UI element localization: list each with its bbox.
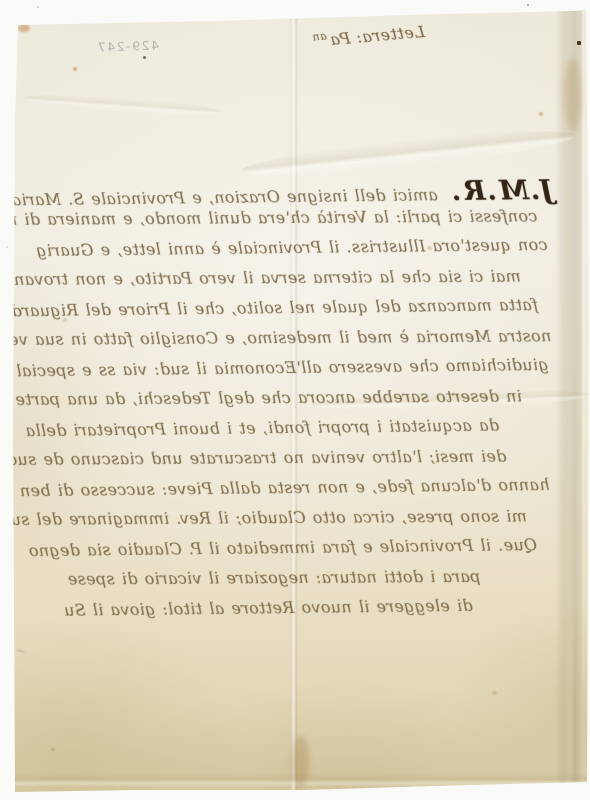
handwriting-block: J.M.R.amici dell insigne Orazion, e Prov… <box>19 176 557 659</box>
handwriting-line-text: in deserto sarebbe ancora che degl Tedes… <box>0 386 522 409</box>
handwriting-line: mi sono prese, circa otto Claudio; il Re… <box>22 506 556 540</box>
handwriting-line: di eleggere il nuovo Rettore al titol: g… <box>23 595 557 631</box>
dust-speck <box>6 246 8 248</box>
right-fold-band <box>555 10 582 792</box>
handwriting-line-text: dei mesi; l'altro veniva no trascurate u… <box>2 447 507 469</box>
ink-speck-stain <box>577 41 581 45</box>
foxing-spot <box>51 748 55 751</box>
handwriting-line-text: confessi ci parli: la Verità ch'era duni… <box>0 206 537 229</box>
dust-speck <box>37 6 39 8</box>
bottom-fold-stain <box>292 736 309 788</box>
handwriting-line-text: nostra Memoria è med il medesimo, e Cons… <box>0 326 551 349</box>
letter-sheet: 429-247 ~ Lettera: Paan J.M.R.amici dell… <box>13 10 589 792</box>
upper-left-crease <box>23 91 223 119</box>
bottom-fold-crease <box>13 772 589 787</box>
fold-edge-stain <box>564 58 581 132</box>
handwriting-line: confessi ci parli: la Verità ch'era duni… <box>19 206 553 240</box>
address-annotation: Lettera: Paan <box>284 21 425 53</box>
address-annotation-text: Lettera: Pa <box>329 22 425 49</box>
handwriting-line: para i dotti natura: negoziare il vicari… <box>22 566 556 600</box>
pencil-archival-number: 429-247 <box>73 38 159 56</box>
gray-speck-stain <box>143 56 146 59</box>
handwriting-line: mai ci sia che la citerna serva il vero … <box>20 266 554 300</box>
handwriting-line: nostra Memoria è med il medesimo, e Cons… <box>20 326 554 360</box>
handwriting-line-text: di eleggere il nuovo Rettore al titol: g… <box>64 596 473 620</box>
handwriting-line-text: amici dell insigne Orazion, e Provincial… <box>0 185 438 209</box>
handwriting-line-text: mi sono prese, circa otto Claudio; il Re… <box>0 506 527 528</box>
handwriting-line: dei mesi; l'altro veniva no trascurate u… <box>21 446 555 480</box>
address-annotation-superscript: an <box>311 29 327 43</box>
handwriting-initials: J.M.R. <box>450 175 554 207</box>
handwriting-line: hanno d'alcuna fede, e non resta dalla P… <box>22 475 556 511</box>
handwriting-block-wrapper: J.M.R.amici dell insigne Orazion, e Prov… <box>19 176 557 659</box>
foxing-spot <box>73 67 77 71</box>
handwriting-line: con quest'ora Illustriss. il Provinciale… <box>19 235 553 271</box>
corner-rust-stain <box>18 24 30 32</box>
foxing-spot <box>492 691 497 695</box>
handwriting-line: J.M.R.amici dell insigne Orazion, e Prov… <box>19 175 553 211</box>
handwriting-line-text: mai ci sia che la citerna serva il vero … <box>3 266 521 288</box>
handwriting-line: in deserto sarebbe ancora che degl Tedes… <box>21 386 555 420</box>
foxing-spot <box>539 112 543 116</box>
handwriting-line: Que. il Provinciale e fara immediato il … <box>22 535 556 571</box>
handwriting-line: fatta mancanza del quale nel solito, che… <box>20 295 554 331</box>
dust-speck <box>527 4 529 6</box>
handwriting-line: giudichiamo che avessero all'Economia il… <box>20 355 554 391</box>
handwriting-line-text: para i dotti natura: negoziare il vicari… <box>67 567 480 589</box>
handwriting-line: da acquistati i propri fondi, et i buoni… <box>21 415 555 451</box>
